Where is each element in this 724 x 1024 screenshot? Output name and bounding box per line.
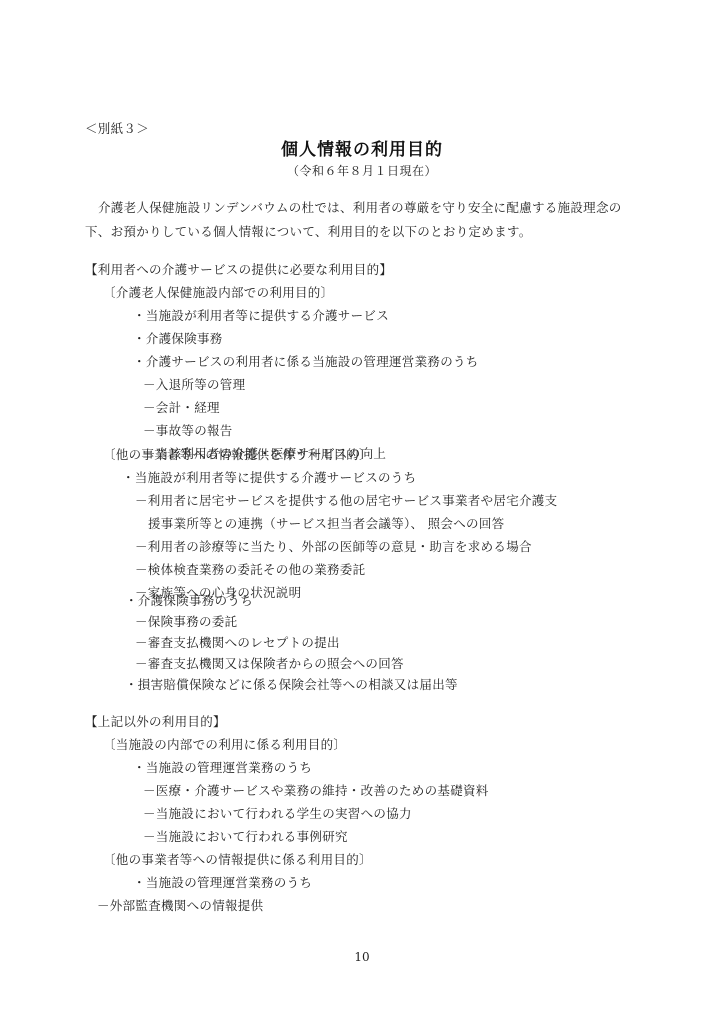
list-subitem: －入退所等の管理 <box>143 377 245 393</box>
list-item: ・介護サービスの利用者に係る当施設の管理運営業務のうち <box>133 354 479 370</box>
section2-sub2-heading: 〔他の事業者等への情報提供に係る利用目的〕 <box>103 852 372 868</box>
attachment-label: ＜別紙３＞ <box>85 121 149 137</box>
section1-sub2-heading: 〔他の事業者等への情報提供を伴う利用目的〕 <box>103 447 372 463</box>
section2-heading: 【上記以外の利用目的】 <box>85 714 226 730</box>
list-subitem-continuation: 援事業所等との連携（サービス担当者会議等）、 照会への回答 <box>148 516 504 532</box>
page-title: 個人情報の利用目的 <box>0 139 724 161</box>
list-subitem: －審査支払機関又は保険者からの照会への回答 <box>135 656 404 672</box>
intro-line-1: 介護老人保健施設リンデンバウムの杜では、利用者の尊厳を守り安全に配慮する施設理念… <box>98 200 622 216</box>
list-subitem: －医療・介護サービスや業務の維持・改善のための基礎資料 <box>143 783 489 799</box>
section1-heading: 【利用者への介護サービスの提供に必要な利用目的】 <box>85 262 392 278</box>
list-item: ・損害賠償保険などに係る保険会社等への相談又は届出等 <box>125 677 458 693</box>
list-item: ・介護保険事務のうち <box>125 593 253 609</box>
intro-line-2: 下、お預かりしている個人情報について、利用目的を以下のとおり定めます。 <box>85 224 532 240</box>
section2-sub1-heading: 〔当施設の内部での利用に係る利用目的〕 <box>103 737 346 753</box>
list-subitem: －外部監査機関への情報提供 <box>97 898 263 914</box>
list-subitem: －保険事務の委託 <box>135 614 237 630</box>
list-subitem: －当施設において行われる学生の実習への協力 <box>143 806 412 822</box>
list-subitem: －会計・経理 <box>143 400 220 416</box>
document-page: ＜別紙３＞ 個人情報の利用目的 （令和６年８月１日現在） 介護老人保健施設リンデ… <box>0 0 724 1024</box>
list-subitem: －利用者に居宅サービスを提供する他の居宅サービス事業者や居宅介護支 <box>135 493 557 509</box>
list-subitem: －審査支払機関へのレセプトの提出 <box>135 635 340 651</box>
list-subitem: －利用者の診療等に当たり、外部の医師等の意見・助言を求める場合 <box>135 539 532 555</box>
page-subtitle-date: （令和６年８月１日現在） <box>0 163 724 179</box>
page-number: 10 <box>0 949 724 965</box>
list-item: ・当施設の管理運営業務のうち <box>133 760 312 776</box>
list-item: ・当施設が利用者等に提供する介護サービスのうち <box>122 470 416 486</box>
section1-sub1-heading: 〔介護老人保健施設内部での利用目的〕 <box>103 285 333 301</box>
list-item: ・当施設が利用者等に提供する介護サービス <box>133 308 389 324</box>
list-item: ・当施設の管理運営業務のうち <box>133 875 312 891</box>
list-subitem: －事故等の報告 <box>143 423 233 439</box>
list-subitem: －当施設において行われる事例研究 <box>143 829 348 845</box>
list-item: ・介護保険事務 <box>133 331 223 347</box>
list-subitem: －検体検査業務の委託その他の業務委託 <box>135 562 365 578</box>
